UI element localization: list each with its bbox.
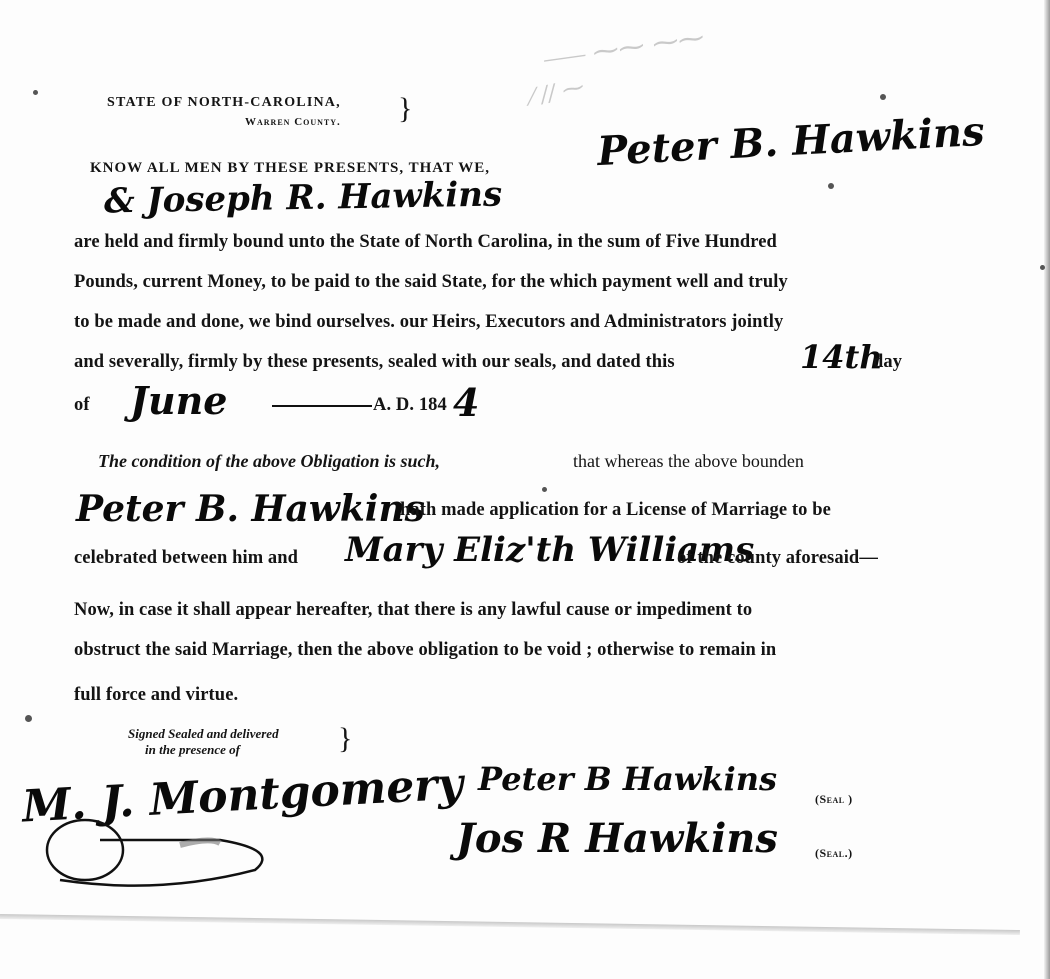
witness-flourish	[40, 815, 300, 895]
handwritten-day: 14th	[800, 338, 883, 376]
marriage-bond-document: ⸺ ⁓⁓ ⁓⁓ ⁄ ∕∕ ⁓ STATE OF NORTH-CAROLINA, …	[0, 0, 1050, 979]
handwritten-month: June	[130, 378, 227, 423]
header-brace: }	[398, 94, 412, 124]
paper-speck	[25, 715, 32, 722]
preamble-text: KNOW ALL MEN BY THESE PRESENTS, THAT WE,	[90, 160, 490, 177]
day-label: day	[873, 352, 902, 373]
paper-bottom-edge	[0, 914, 1020, 935]
bleed-through-text: ⸺ ⁓⁓ ⁓⁓	[538, 17, 706, 77]
county-aforesaid-text: of the county aforesaid—	[677, 548, 878, 569]
of-label: of	[74, 395, 90, 416]
witness-label-line-1: Signed Sealed and delivered	[128, 726, 279, 742]
handwritten-surety-name: & Joseph R. Hawkins	[104, 175, 503, 222]
condition-heading: The condition of the above Obligation is…	[98, 451, 440, 472]
seal-1-label: (Seal )	[815, 792, 853, 807]
paper-speck	[828, 183, 834, 189]
bond-line-3: to be made and done, we bind ourselves. …	[74, 312, 783, 333]
handwritten-groom-name: Peter B. Hawkins	[76, 488, 425, 530]
anno-domini-label: A. D. 184	[373, 395, 447, 416]
bond-line-1: are held and firmly bound unto the State…	[74, 232, 777, 253]
celebrated-between-text: celebrated between him and	[74, 548, 298, 569]
date-rule	[272, 405, 372, 407]
obstruct-text: obstruct the said Marriage, then the abo…	[74, 640, 776, 661]
handwritten-year-digit: 4	[453, 380, 479, 425]
witness-label-line-2: in the presence of	[145, 742, 240, 758]
handwritten-principal-name: Peter B. Hawkins	[596, 108, 986, 175]
signer-2-signature: Jos R Hawkins	[456, 815, 778, 862]
bond-line-4: and severally, firmly by these presents,…	[74, 352, 675, 373]
full-force-text: full force and virtue.	[74, 685, 238, 706]
seal-2-label: (Seal.)	[815, 846, 853, 861]
bleed-through-text: ⁄ ∕∕ ⁓	[528, 75, 586, 111]
condition-heading-rest: that whereas the above bounden	[573, 451, 804, 472]
paper-speck	[33, 90, 38, 95]
header-county: Warren County.	[245, 116, 341, 128]
paper-speck	[542, 487, 547, 492]
paper-right-edge	[1044, 0, 1050, 979]
witness-brace: }	[338, 724, 352, 754]
paper-speck	[880, 94, 886, 100]
paper-speck	[1040, 265, 1045, 270]
signer-1-signature: Peter B Hawkins	[478, 760, 777, 798]
now-in-case-text: Now, in case it shall appear hereafter, …	[74, 600, 752, 621]
hath-made-application-text: hath made application for a License of M…	[400, 500, 831, 521]
bond-line-2: Pounds, current Money, to be paid to the…	[74, 272, 788, 293]
header-state: STATE OF NORTH-CAROLINA,	[107, 95, 341, 111]
